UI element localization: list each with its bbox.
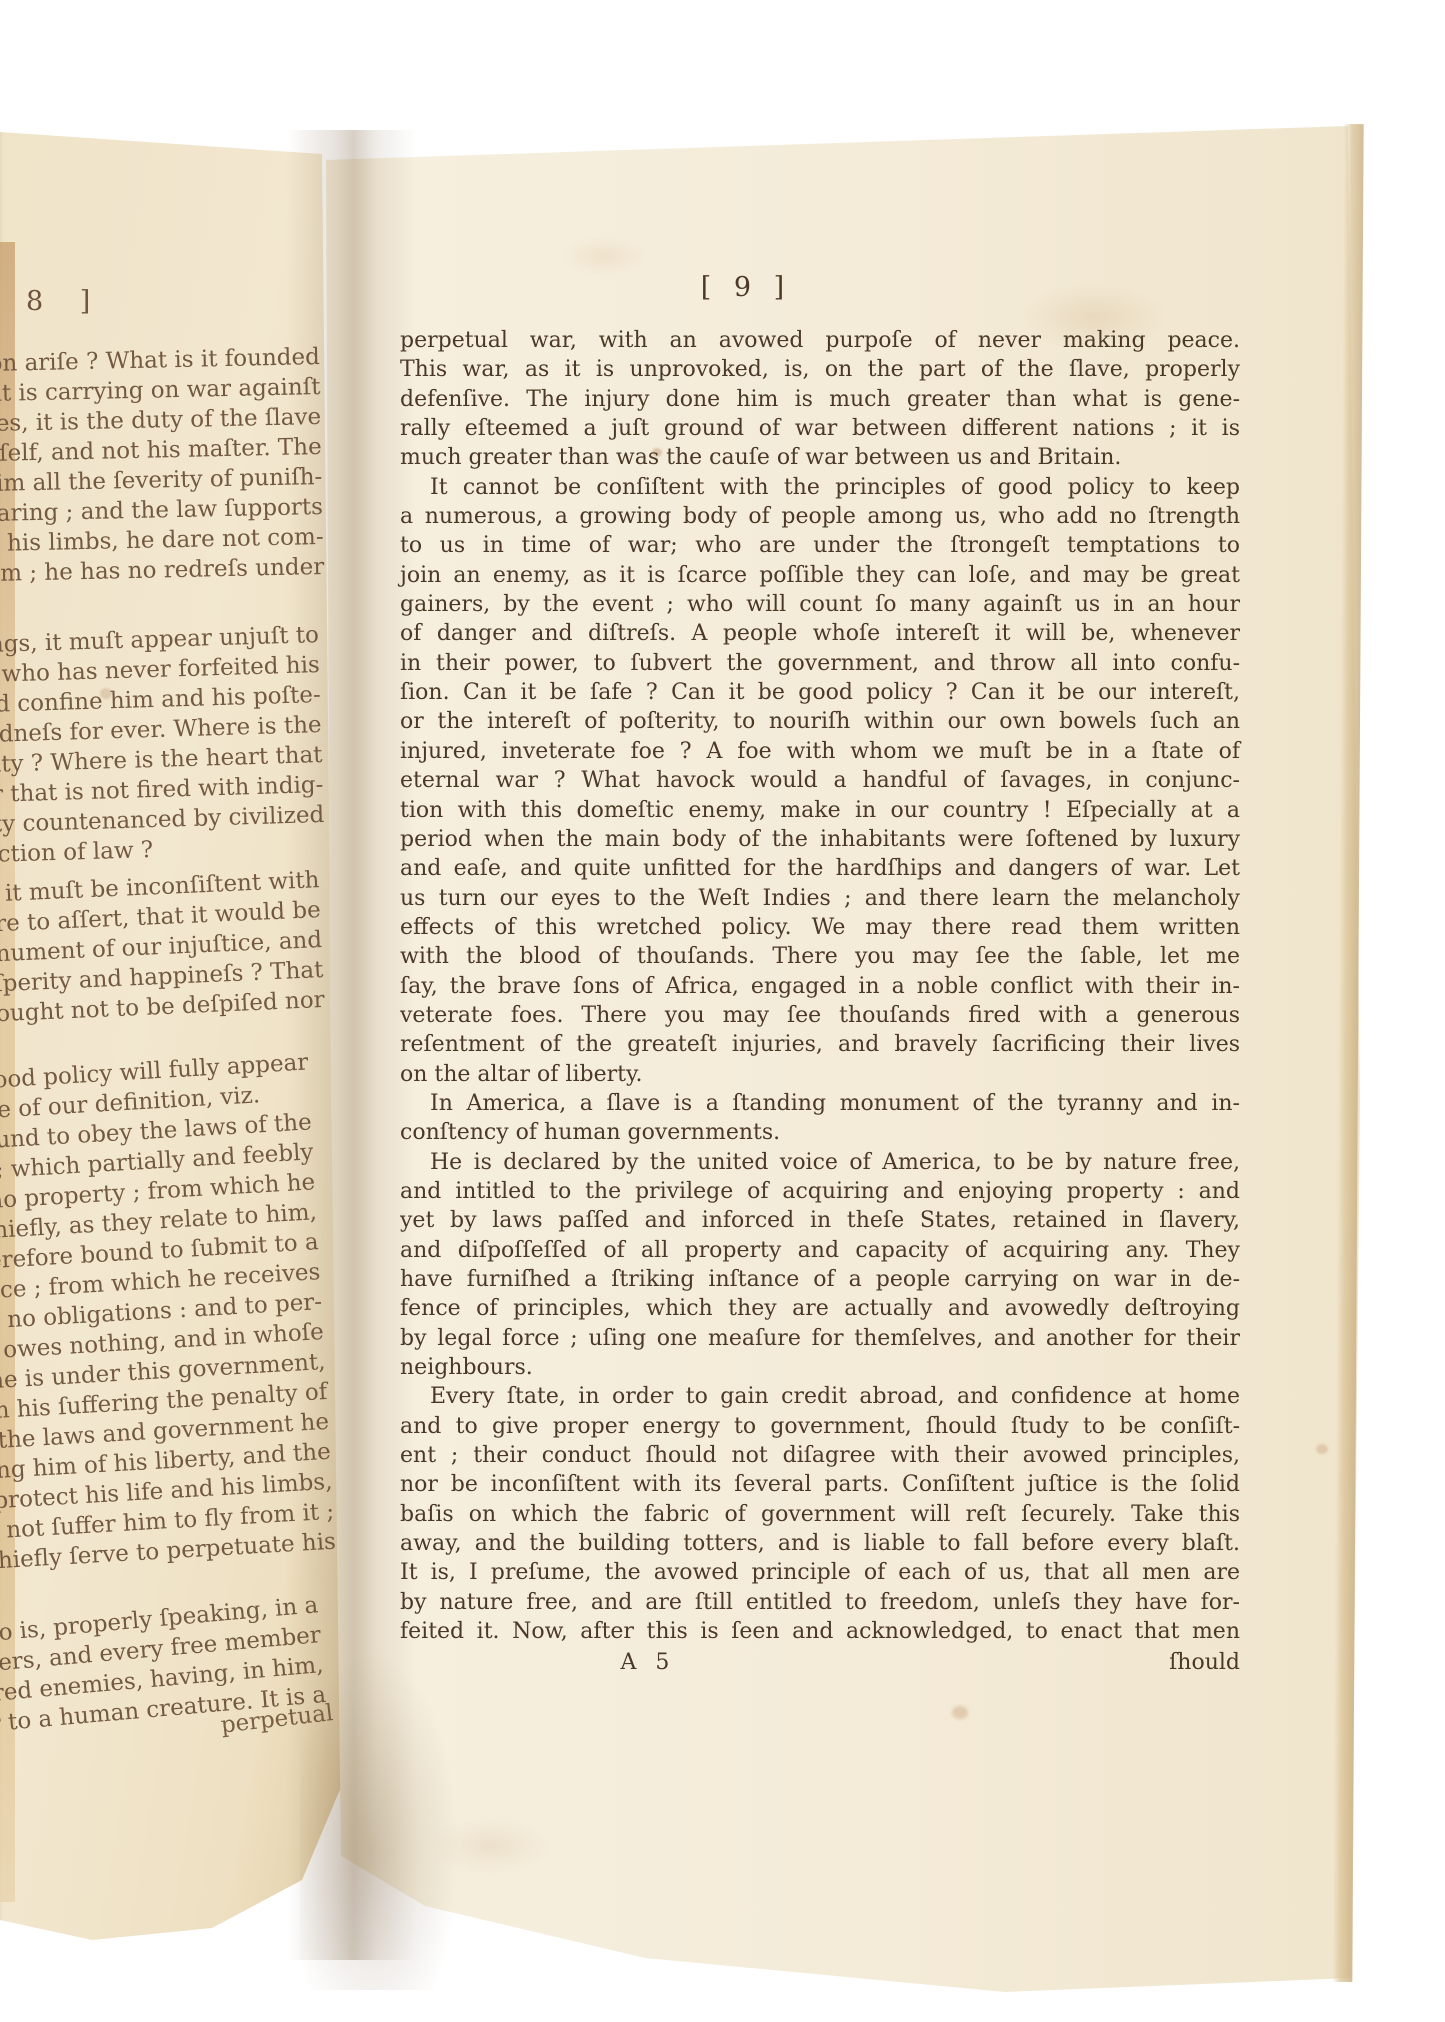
right-page-line: gainers, by the event ; who will count ſ… — [400, 590, 1240, 619]
right-page-line: ſion. Can it be ſafe ? Can it be good po… — [400, 678, 1240, 707]
left-page-paragraph: juſtice, it muſt be inconſiſtent with en… — [0, 865, 325, 1038]
left-page-paragraph: with good policy will fully appear e of … — [0, 1047, 337, 1587]
right-page-line: defenſive. The injury done him is much g… — [400, 385, 1240, 414]
right-page-line: or the intereſt of poſterity, to nouriſh… — [400, 707, 1240, 736]
page-number-right: [ 9 ] — [676, 272, 816, 303]
right-page-line: in their power, to ſubvert the governmen… — [400, 649, 1240, 678]
right-page-line: nor be inconſiſtent with its ſeveral par… — [400, 1470, 1240, 1499]
right-page-line: on the altar of liberty. — [400, 1060, 1240, 1089]
right-page-line: veterate foes. There you may ſee thouſan… — [400, 1001, 1240, 1030]
right-page-line: and intitled to the privilege of acquiri… — [400, 1177, 1240, 1206]
right-page-line: neighbours. — [400, 1353, 1240, 1382]
right-page-line: join an enemy, as it is ſcarce poſſible … — [400, 561, 1240, 590]
signature-mark: A 5 — [598, 1648, 698, 1678]
right-page-line: fence of principles, which they are actu… — [400, 1294, 1240, 1323]
right-page-line: perpetual war, with an avowed purpoſe of… — [400, 326, 1240, 355]
right-page-line: by nature free, and are ſtill entitled t… — [400, 1588, 1240, 1617]
right-page-line: have furniſhed a ſtriking inſtance of a … — [400, 1265, 1240, 1294]
right-page-line: conſtency of human governments. — [400, 1118, 1240, 1147]
left-page-paragraph: eſe things, it muſt appear unjuſt to cre… — [0, 620, 326, 876]
signature-row: A 5 ſhould — [400, 1648, 1240, 1678]
right-page-line: tion with this domeſtic enemy, make in o… — [400, 796, 1240, 825]
right-page-line: rally eſteemed a juſt ground of war betw… — [400, 414, 1240, 443]
right-page-line: effects of this wretched policy. We may … — [400, 913, 1240, 942]
right-page-line: by legal force ; uſing one meaſure for t… — [400, 1324, 1240, 1353]
right-page-line: period when the main body of the inhabit… — [400, 825, 1240, 854]
right-page-line: In America, a ſlave is a ſtanding monume… — [400, 1089, 1240, 1118]
right-page-line: to us in time of war; who are under the … — [400, 531, 1240, 560]
right-page-line: and eaſe, and quite unfitted for the har… — [400, 854, 1240, 883]
right-page-line: This war, as it is unprovoked, is, on th… — [400, 355, 1240, 384]
page-number-left: 8 ] — [26, 286, 116, 317]
catchword-right: ſhould — [1169, 1648, 1240, 1678]
right-page-line: It cannot be conſiſtent with the princip… — [400, 473, 1240, 502]
right-page-line: a numerous, a growing body of people amo… — [400, 502, 1240, 531]
right-page-line: ent ; their conduct ſhould not diſagree … — [400, 1441, 1240, 1470]
right-page-line: away, and the building totters, and is l… — [400, 1529, 1240, 1558]
right-page-text-block: perpetual war, with an avowed purpoſe of… — [400, 326, 1240, 1646]
right-page-line: It is, I preſume, the avowed principle o… — [400, 1558, 1240, 1587]
left-page-paragraph: bligation ariſe ? What is it founded nem… — [0, 342, 325, 593]
right-page-line: He is declared by the united voice of Am… — [400, 1148, 1240, 1177]
right-page-line: with the blood of thouſands. There you m… — [400, 942, 1240, 971]
right-page-line: ſay, the brave ſons of Africa, engaged i… — [400, 972, 1240, 1001]
right-page-line: eternal war ? What havock would a handfu… — [400, 766, 1240, 795]
right-page-line: us turn our eyes to the Weſt Indies ; an… — [400, 884, 1240, 913]
right-page-line: of danger and diſtreſs. A people whoſe i… — [400, 619, 1240, 648]
right-page-line: reſentment of the greateſt injuries, and… — [400, 1030, 1240, 1059]
right-page-line: and diſpoſſeſſed of all property and cap… — [400, 1236, 1240, 1265]
right-page-line: injured, inveterate foe ? A foe with who… — [400, 737, 1240, 766]
right-page-line: much greater than was the cauſe of war b… — [400, 443, 1240, 472]
right-page-line: yet by laws paſſed and inforced in theſe… — [400, 1206, 1240, 1235]
right-page-line: and to give proper energy to government,… — [400, 1412, 1240, 1441]
right-page-line: baſis on which the fabric of government … — [400, 1500, 1240, 1529]
right-page-line: feited it. Now, after this is ſeen and a… — [400, 1617, 1240, 1646]
right-page-line: Every ſtate, in order to gain credit abr… — [400, 1382, 1240, 1411]
